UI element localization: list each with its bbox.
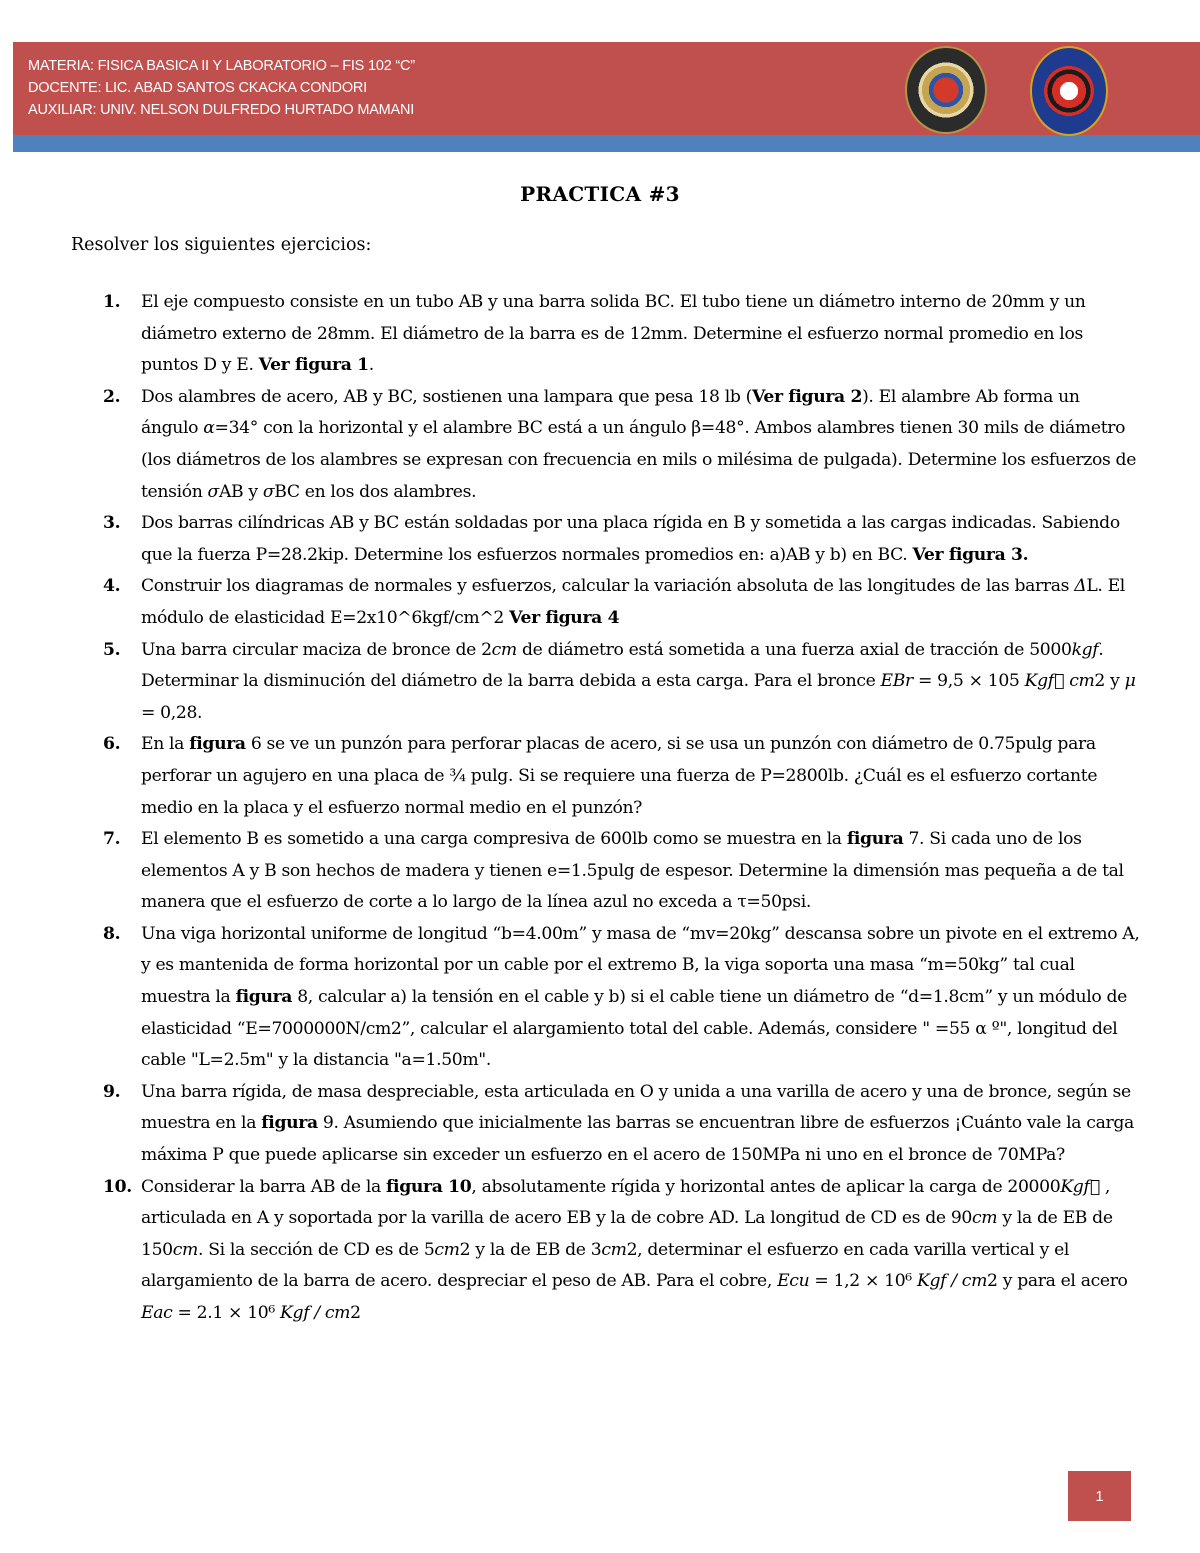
exercise-number: 7.	[103, 824, 120, 856]
text-segment: Eac	[141, 1303, 172, 1323]
text-segment: Δ	[1074, 576, 1086, 596]
text-segment: .	[369, 355, 374, 375]
text-segment: Kgf⃗	[1060, 1177, 1099, 1197]
exercise-item: 3.Dos barras cilíndricas AB y BC están s…	[71, 508, 1141, 571]
exercise-number: 1.	[103, 287, 120, 319]
text-segment: α	[203, 418, 214, 438]
text-segment: = 9,5 × 105	[913, 671, 1025, 691]
text-segment: Construir los diagramas de normales y es…	[141, 576, 1074, 596]
text-segment: σ	[263, 482, 274, 502]
text-segment: , absolutamente rígida y horizontal ante…	[471, 1177, 1060, 1197]
instructions: Resolver los siguientes ejercicios:	[71, 235, 371, 255]
university-seal-logo	[905, 46, 987, 134]
exercise-item: 2.Dos alambres de acero, AB y BC, sostie…	[71, 382, 1141, 508]
exercise-item: 1.El eje compuesto consiste en un tubo A…	[71, 287, 1141, 382]
text-segment: Considerar la barra AB de la	[141, 1177, 386, 1197]
exercise-number: 9.	[103, 1077, 120, 1109]
text-segment: Dos alambres de acero, AB y BC, sostiene…	[141, 387, 752, 407]
text-segment: Una barra circular maciza de bronce de 2	[141, 640, 492, 660]
text-segment: figura	[189, 734, 246, 754]
text-segment: AB y	[219, 482, 263, 502]
course-subject: MATERIA: FISICA BASICA II Y LABORATORIO …	[28, 55, 415, 77]
text-segment: Kgf⃗ cm	[1025, 671, 1095, 691]
exercise-text: Considerar la barra AB de la figura 10, …	[141, 1177, 1128, 1323]
exercise-text: El elemento B es sometido a una carga co…	[141, 829, 1124, 912]
text-segment: En la	[141, 734, 189, 754]
text-segment: . Si la sección de CD es de 5	[198, 1240, 434, 1260]
text-segment: figura 10	[386, 1177, 471, 1197]
exercise-text: Una viga horizontal uniforme de longitud…	[141, 924, 1140, 1070]
exercise-text: En la figura 6 se ve un punzón para perf…	[141, 734, 1097, 817]
exercise-list: 1.El eje compuesto consiste en un tubo A…	[71, 287, 1141, 1330]
exercise-text: Dos barras cilíndricas AB y BC están sol…	[141, 513, 1120, 565]
exercise-item: 9.Una barra rígida, de masa despreciable…	[71, 1077, 1141, 1172]
text-segment: σ	[208, 482, 219, 502]
text-segment: Kgf / cm	[917, 1271, 987, 1291]
text-segment: figura	[236, 987, 293, 1007]
page-title: PRACTICA #3	[0, 182, 1200, 206]
text-segment: EBr	[881, 671, 913, 691]
exercise-item: 4.Construir los diagramas de normales y …	[71, 571, 1141, 634]
text-segment: 2 y para el acero	[987, 1271, 1128, 1291]
exercise-text: Una barra rígida, de masa despreciable, …	[141, 1082, 1134, 1165]
text-segment: cm	[492, 640, 517, 660]
exercise-number: 6.	[103, 729, 120, 761]
page-number: 1	[1068, 1471, 1131, 1521]
text-segment: cm	[434, 1240, 459, 1260]
text-segment: kgf	[1072, 640, 1099, 660]
text-segment: figura	[261, 1113, 318, 1133]
exercise-item: 7.El elemento B es sometido a una carga …	[71, 824, 1141, 919]
text-segment: 2 y	[1094, 671, 1124, 691]
exercise-number: 2.	[103, 382, 120, 414]
text-segment: Kgf / cm	[280, 1303, 350, 1323]
text-segment: Ver figura 3.	[913, 545, 1029, 565]
text-segment: BC en los dos alambres.	[274, 482, 476, 502]
text-segment: = 2.1 × 10⁶	[172, 1303, 280, 1323]
exercise-item: 10.Considerar la barra AB de la figura 1…	[71, 1172, 1141, 1330]
exercise-item: 5.Una barra circular maciza de bronce de…	[71, 635, 1141, 730]
text-segment: 6 se ve un punzón para perforar placas d…	[141, 734, 1097, 817]
exercise-text: Una barra circular maciza de bronce de 2…	[141, 640, 1135, 723]
exercise-number: 4.	[103, 571, 120, 603]
exercise-text: Construir los diagramas de normales y es…	[141, 576, 1125, 628]
text-segment: Ver figura 1	[259, 355, 369, 375]
text-segment: Ver figura 4	[509, 608, 619, 628]
text-segment: 2 y la de EB de 3	[460, 1240, 602, 1260]
exercise-text: El eje compuesto consiste en un tubo AB …	[141, 292, 1086, 375]
exercise-item: 8.Una viga horizontal uniforme de longit…	[71, 919, 1141, 1077]
text-segment: de diámetro está sometida a una fuerza a…	[517, 640, 1072, 660]
course-teacher: DOCENTE: LIC. ABAD SANTOS CKACKA CONDORI	[28, 77, 415, 99]
faculty-seal-logo	[1030, 46, 1108, 136]
text-segment: μ	[1125, 671, 1136, 691]
exercise-number: 3.	[103, 508, 120, 540]
exercise-text: Dos alambres de acero, AB y BC, sostiene…	[141, 387, 1136, 502]
text-segment: figura	[847, 829, 904, 849]
text-segment: = 0,28.	[141, 703, 202, 723]
text-segment: cm	[601, 1240, 626, 1260]
exercise-number: 8.	[103, 919, 120, 951]
exercise-item: 6.En la figura 6 se ve un punzón para pe…	[71, 729, 1141, 824]
text-segment: = 1,2 × 10⁶	[809, 1271, 917, 1291]
text-segment: cm	[972, 1208, 997, 1228]
exercise-number: 10.	[103, 1172, 132, 1204]
text-segment: 2	[350, 1303, 361, 1323]
header-stripe	[13, 135, 1200, 152]
exercise-number: 5.	[103, 635, 120, 667]
text-segment: cm	[173, 1240, 198, 1260]
course-info: MATERIA: FISICA BASICA II Y LABORATORIO …	[28, 55, 415, 121]
text-segment: Ecu	[777, 1271, 809, 1291]
course-assistant: AUXILIAR: UNIV. NELSON DULFREDO HURTADO …	[28, 99, 415, 121]
text-segment: Ver figura 2	[752, 387, 862, 407]
text-segment: El elemento B es sometido a una carga co…	[141, 829, 847, 849]
